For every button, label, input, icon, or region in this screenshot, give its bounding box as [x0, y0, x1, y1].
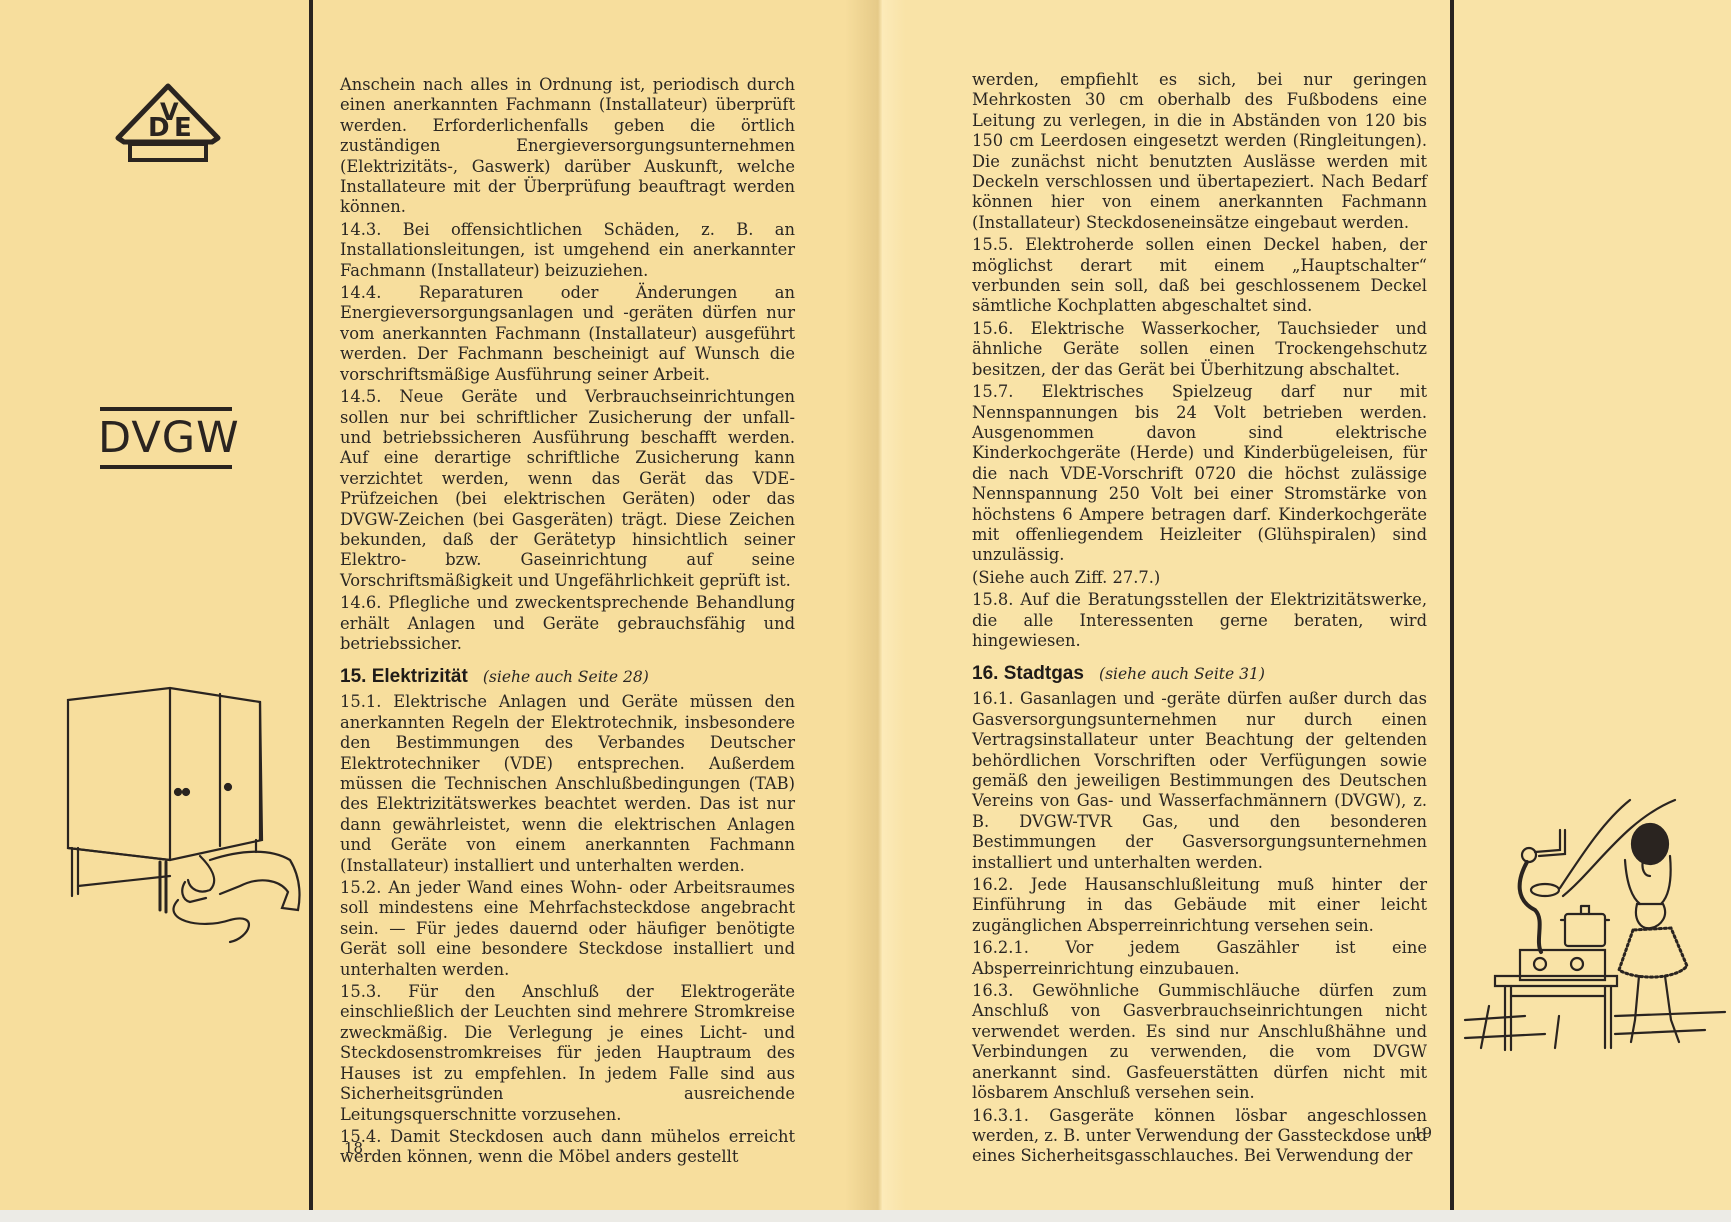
dvgw-logo-icon: DVGW — [98, 407, 234, 469]
paragraph-reference: (Siehe auch Ziff. 27.7.) — [972, 568, 1427, 588]
paragraph-15-3: 15.3. Für den Anschluß der Elektrogeräte… — [340, 982, 795, 1125]
section-title: 16. Stadtgas — [972, 663, 1084, 684]
paragraph-15-1: 15.1. Elektrische Anlagen und Geräte müs… — [340, 692, 795, 876]
dvgw-logo-text: DVGW — [98, 413, 234, 463]
wardrobe-electrician-illustration-icon — [60, 680, 310, 940]
page-number-left: 18 — [344, 1139, 363, 1157]
section-title: 15. Elektrizität — [340, 666, 468, 687]
paragraph-14-5: 14.5. Neue Geräte und Verbrauchseinricht… — [340, 387, 795, 591]
right-margin-rule — [1450, 0, 1454, 1215]
section-heading-stadtgas: 16. Stadtgas (siehe auch Seite 31) — [972, 663, 1427, 685]
paragraph-continued: werden, empfiehlt es sich, bei nur gerin… — [972, 70, 1427, 233]
right-page-text-column: werden, empfiehlt es sich, bei nur gerin… — [972, 70, 1427, 1169]
paragraph-14-3: 14.3. Bei offensichtlichen Schäden, z. B… — [340, 220, 795, 281]
dvgw-top-bar — [100, 407, 232, 411]
svg-text:E: E — [174, 113, 192, 143]
left-page-text-column: Anschein nach alles in Ordnung ist, peri… — [340, 75, 795, 1170]
section-heading-elektrizitaet: 15. Elektrizität (siehe auch Seite 28) — [340, 666, 795, 688]
paragraph-15-5: 15.5. Elektroherde sollen einen Deckel h… — [972, 235, 1427, 317]
paragraph-16-3: 16.3. Gewöhnliche Gummischläuche dürfen … — [972, 981, 1427, 1103]
page-number-right: 19 — [1413, 1124, 1432, 1142]
paragraph-15-2: 15.2. An jeder Wand eines Wohn- oder Arb… — [340, 878, 795, 980]
section-reference: (siehe auch Seite 31) — [1099, 665, 1265, 683]
paragraph-15-4: 15.4. Damit Steckdosen auch dann mühelos… — [340, 1127, 795, 1168]
paragraph-15-7: 15.7. Elektrisches Spielzeug darf nur mi… — [972, 382, 1427, 566]
paragraph-15-6: 15.6. Elektrische Wasserkocher, Tauchsie… — [972, 319, 1427, 380]
section-reference: (siehe auch Seite 28) — [483, 668, 649, 686]
book-gutter — [845, 0, 905, 1215]
paragraph-14-6: 14.6. Pflegliche und zweckentsprechende … — [340, 593, 795, 654]
left-margin-rule — [309, 0, 313, 1215]
paragraph-16-2-1: 16.2.1. Vor jedem Gaszähler ist eine Abs… — [972, 938, 1427, 979]
vde-logo-icon: D V E — [108, 80, 228, 178]
scan-bottom-edge — [0, 1210, 1731, 1222]
paragraph-16-1: 16.1. Gasanlagen und -geräte dürfen auße… — [972, 689, 1427, 873]
gas-kitchen-illustration-icon — [1465, 780, 1725, 1050]
paragraph: Anschein nach alles in Ordnung ist, peri… — [340, 75, 795, 218]
dvgw-bottom-bar — [100, 465, 232, 469]
paragraph-16-2: 16.2. Jede Hausanschlußleitung muß hinte… — [972, 875, 1427, 936]
paragraph-16-3-1: 16.3.1. Gasgeräte können lösbar angeschl… — [972, 1106, 1427, 1167]
booklet-spread: D V E DVGW — [0, 0, 1731, 1215]
paragraph-15-8: 15.8. Auf die Beratungsstellen der Elekt… — [972, 590, 1427, 651]
paragraph-14-4: 14.4. Reparaturen oder Änderungen an Ene… — [340, 283, 795, 385]
